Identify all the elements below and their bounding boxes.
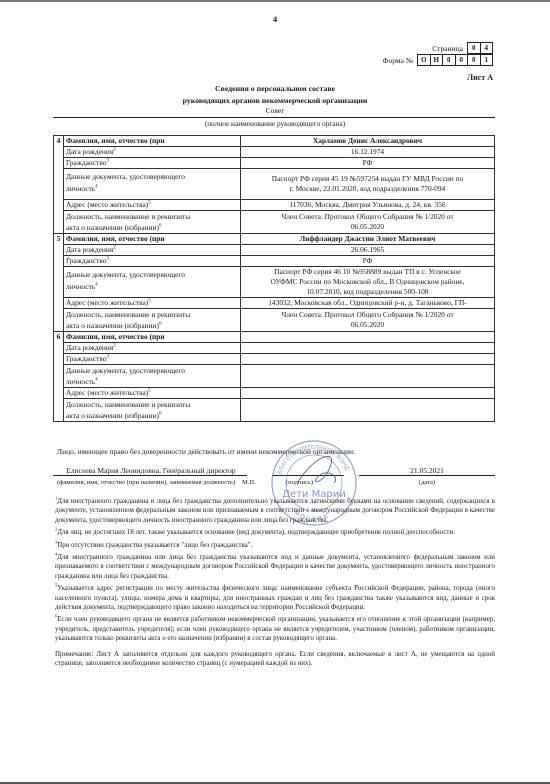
member-citizenship: РФ [241, 256, 495, 267]
page-code-label: Страница [432, 44, 463, 53]
label-name: Фамилия, имя, отчество (при [64, 332, 241, 343]
label-birth-date: Дата рождения2 [64, 147, 241, 158]
footnote-3: 3При отсутствии гражданства указывается … [55, 541, 495, 550]
page-number: 4 [0, 14, 550, 24]
label-address: Адрес (место жительства)5 [64, 388, 241, 399]
label-position: Должность, наименование и реквизитыакта … [64, 309, 241, 332]
label-citizenship: Гражданство3 [64, 256, 241, 267]
member-birth-date [241, 343, 495, 354]
member-citizenship [241, 354, 495, 365]
member-address [241, 388, 495, 399]
member-position: Член Совета. Протокол Общего Собрания № … [241, 211, 495, 234]
member-number: 6 [54, 332, 64, 422]
footnote-2: 2Для лиц, не достигших 18 лет, также ука… [55, 528, 495, 537]
member-number: 4 [54, 136, 64, 234]
label-birth-date: Дата рождения2 [64, 343, 241, 354]
member-number: 5 [54, 234, 64, 332]
footnote-5: 5Указывается адрес регистрации по месту … [55, 584, 495, 612]
table-row: 5 Фамилия, имя, отчество (при Лиффландер… [54, 234, 495, 245]
note: Примечание: Лист А заполняется отдельно … [55, 650, 495, 669]
date-line [359, 475, 495, 476]
member-address: 143032, Московская обл., Одинцовский р-н… [241, 298, 495, 309]
table-row: Дата рождения2 [54, 343, 495, 354]
table-row: Гражданство3 РФ [54, 158, 495, 169]
member-id-document: Паспорт РФ серия 46 10 №958889 выдан ТП … [241, 267, 495, 298]
label-citizenship: Гражданство3 [64, 354, 241, 365]
table-row: Данные документа, удостоверяющеголичност… [54, 365, 495, 388]
seal-place-caption: М.П. [242, 479, 256, 486]
sheet-label: Лист А [467, 73, 493, 82]
organ-caption: (полное наименование руководящего органа… [0, 119, 550, 128]
signature-date: 21.05.2021 [359, 466, 495, 475]
footnotes: 1Для иностранного гражданина и лица без … [55, 497, 495, 672]
label-id-document: Данные документа, удостоверяющеголичност… [64, 365, 241, 388]
member-address: 117036, Москва, Дмитрия Ульянова, д. 24,… [241, 200, 495, 211]
table-row: Должность, наименование и реквизитыакта … [54, 399, 495, 422]
members-table: 4 Фамилия, имя, отчество (при Харламов Д… [53, 135, 495, 422]
table-row: 4 Фамилия, имя, отчество (при Харламов Д… [54, 136, 495, 147]
member-name: Лиффландер Джастин Элиот Матвеевич [241, 234, 495, 245]
organ-underline [53, 117, 495, 118]
label-id-document: Данные документа, удостоверяющеголичност… [64, 169, 241, 200]
table-row: 6 Фамилия, имя, отчество (при [54, 332, 495, 343]
table-row: Должность, наименование и реквизитыакта … [54, 211, 495, 234]
form-code-cell: 0 [443, 55, 456, 65]
form-code-cell: Н [431, 55, 444, 65]
document-title-line1: Сведения о персональном составе [0, 84, 550, 93]
table-row: Гражданство3 [54, 354, 495, 365]
table-row: Гражданство3 РФ [54, 256, 495, 267]
signatory-name-caption: (фамилия, имя, отчество (при наличии), з… [57, 479, 235, 486]
table-row: Данные документа, удостоверяющеголичност… [54, 267, 495, 298]
signatory-name: Елисеева Мария Леонидовна, Генеральный д… [56, 466, 246, 475]
label-address: Адрес (место жительства)5 [64, 200, 241, 211]
member-name [241, 332, 495, 343]
document-title-line2: руководящих органов некоммерческой орган… [0, 96, 550, 105]
table-row: Данные документа, удостоверяющеголичност… [54, 169, 495, 200]
label-birth-date: Дата рождения2 [64, 245, 241, 256]
member-name: Харламов Денис Александрович [241, 136, 495, 147]
form-code-cell: 0 [468, 55, 481, 65]
label-citizenship: Гражданство3 [64, 158, 241, 169]
member-position [241, 399, 495, 422]
table-row: Дата рождения2 16.12.1974 [54, 147, 495, 158]
page-code-cell: 4 [481, 43, 494, 53]
page-code-cell: 0 [468, 43, 481, 53]
label-address: Адрес (место жительства)5 [64, 298, 241, 309]
page-code-box: Страница 0 4 [432, 42, 493, 54]
label-position: Должность, наименование и реквизитыакта … [64, 399, 241, 422]
form-code-cell: 1 [481, 55, 494, 65]
label-name: Фамилия, имя, отчество (при [64, 234, 241, 245]
form-code-label: Форма № [383, 56, 413, 65]
organ-name: Совет [0, 106, 550, 115]
form-code-cell: О [418, 55, 431, 65]
table-row: Должность, наименование и реквизитыакта … [54, 309, 495, 332]
label-position: Должность, наименование и реквизитыакта … [64, 211, 241, 234]
footnote-4: 4Для иностранного гражданина или лица бе… [55, 553, 495, 581]
table-row: Адрес (место жительства)5 117036, Москва… [54, 200, 495, 211]
form-code-cell: 0 [456, 55, 469, 65]
member-birth-date: 26.06.1965 [241, 245, 495, 256]
footnote-6: 6Если член руководящего органа не являет… [55, 615, 495, 643]
label-id-document: Данные документа, удостоверяющеголичност… [64, 267, 241, 298]
date-caption: (дата) [359, 479, 495, 486]
table-row: Дата рождения2 26.06.1965 [54, 245, 495, 256]
table-row: Адрес (место жительства)5 [54, 388, 495, 399]
member-birth-date: 16.12.1974 [241, 147, 495, 158]
viewer-top-border [0, 0, 550, 2]
member-citizenship: РФ [241, 158, 495, 169]
footnote-1: 1Для иностранного гражданина и лица без … [55, 497, 495, 525]
label-name: Фамилия, имя, отчество (при [64, 136, 241, 147]
member-id-document: Паспорт РФ серия 45 19 №597254 выдан ГУ … [241, 169, 495, 200]
table-row: Адрес (место жительства)5 143032, Москов… [54, 298, 495, 309]
signatory-name-line [53, 475, 247, 476]
form-code-box: Форма № О Н 0 0 0 1 [383, 54, 493, 66]
member-position: Член Совета. Протокол Общего Собрания № … [241, 309, 495, 332]
member-id-document [241, 365, 495, 388]
